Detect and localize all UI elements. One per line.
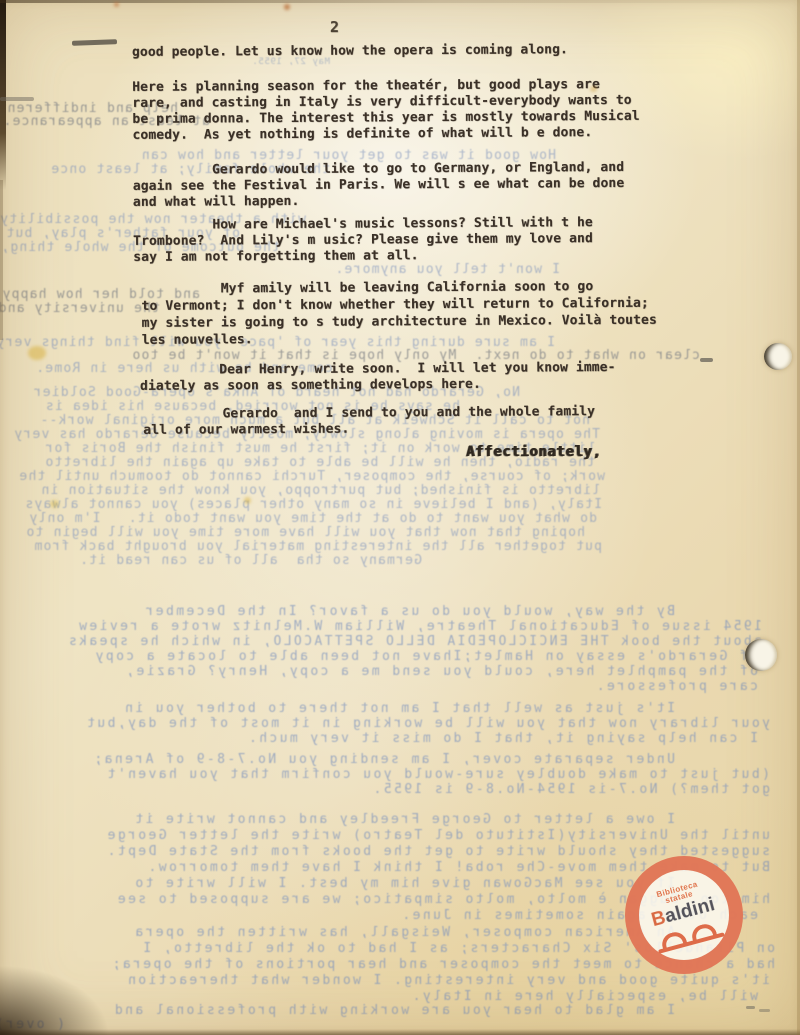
left-edge-shadow — [0, 0, 6, 190]
typed-line: Dear Henry, write soon. I will let you k… — [140, 360, 616, 379]
red-speck — [284, 4, 290, 10]
ink-dots-2 — [759, 1009, 770, 1012]
typed-line: again see the Festival in Paris. We will… — [133, 176, 625, 195]
smudge-mark — [0, 97, 34, 101]
paragraph: Gerardo would like to go to Germany, or … — [133, 160, 625, 211]
library-stamp-content: Biblioteca statale Baldini — [643, 877, 724, 953]
bottom-left-corner-shadow — [0, 965, 110, 1035]
scanned-letter-page: May 27, 1955.help and indifferent-at lea… — [0, 0, 800, 1035]
paragraph: good people. Let us know how the opera i… — [132, 42, 568, 61]
yellow-stain-3 — [244, 497, 251, 504]
smudge-mark-right — [700, 358, 713, 362]
paragraph: How are Michael's music lessons? Still w… — [133, 215, 593, 266]
top-edge-shadow — [0, 0, 800, 3]
typed-line: Gerardo and I send to you and the whole … — [143, 404, 595, 423]
ink-dots — [746, 1006, 755, 1009]
typed-line: my sister is going to s tudy architectur… — [142, 312, 657, 332]
yellow-stain-2 — [50, 500, 59, 508]
left-edge-shadow-2 — [0, 180, 3, 340]
typed-line: say I am not forgetting them at all. — [133, 247, 593, 266]
page-number: 2 — [330, 18, 339, 36]
paragraph: Gerardo and I send to you and the whole … — [143, 404, 595, 439]
yellow-stain — [28, 346, 46, 360]
paragraph: Here is planning season for the theatér,… — [132, 77, 640, 144]
typed-line: comedy. As yet nothing is definite of wh… — [132, 125, 639, 144]
signature-line: Affectionately, — [466, 444, 601, 460]
typed-line: good people. Let us know how the opera i… — [132, 42, 568, 61]
paragraph: Myf amily will be leaving California soo… — [141, 278, 657, 349]
typed-line: and what will happen. — [133, 192, 625, 211]
bottom-edge-shadow — [0, 1029, 800, 1035]
punch-hole-top — [764, 343, 792, 370]
punch-hole-bottom — [745, 639, 777, 671]
library-stamp: Biblioteca statale Baldini — [625, 856, 743, 974]
paragraph: Dear Henry, write soon. I will let you k… — [140, 360, 616, 395]
red-speck-2 — [114, 2, 119, 7]
yellow-stain-4 — [590, 86, 597, 92]
typed-line: Trombone? And Lily's m usic? Please give… — [133, 231, 593, 250]
typed-line: les nouvelles. — [142, 329, 657, 349]
typed-line: all of our warmest wishes. — [143, 420, 595, 439]
typed-line: diately as soon as something develops he… — [140, 376, 616, 395]
